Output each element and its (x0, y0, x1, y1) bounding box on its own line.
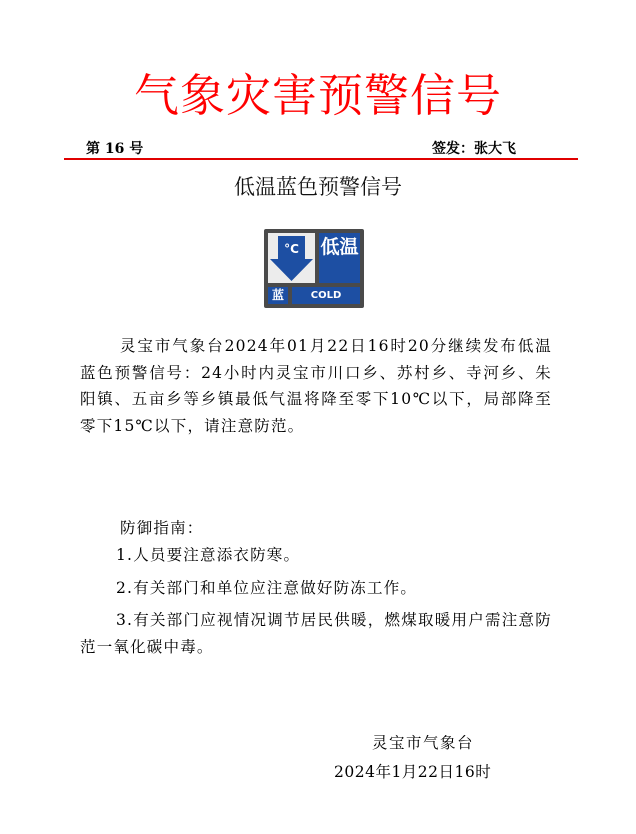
meta-row: 第 16 号 签发：张大飞 (86, 140, 516, 158)
guidance-item: 1.人员要注意添衣防寒。 (80, 542, 552, 569)
issuing-org: 灵宝市气象台 (372, 731, 474, 753)
temperature-down-arrow-icon: °C (268, 233, 315, 283)
red-divider (64, 158, 578, 160)
guidance-item: 2.有关部门和单位应注意做好防冻工作。 (80, 575, 552, 602)
warning-level-label: 蓝 (268, 287, 288, 304)
issue-date: 2024年1月22日16时 (334, 760, 491, 782)
document-title: 气象灾害预警信号 (0, 66, 636, 126)
signal-title: 低温蓝色预警信号 (0, 172, 636, 202)
guidance-label: 防御指南： (120, 516, 204, 538)
warning-type-label: 低温 (319, 233, 360, 283)
warning-paragraph: 灵宝市气象台2024年01月22日16时20分继续发布低温蓝色预警信号：24小时… (80, 333, 552, 439)
guidance-item: 3.有关部门应视情况调节居民供暖，燃煤取暖用户需注意防范一氧化碳中毒。 (80, 607, 552, 660)
cold-wave-blue-warning-icon: °C 低温 蓝 COLD (264, 229, 364, 308)
svg-text:°C: °C (284, 242, 299, 256)
warning-english-label: COLD (292, 287, 360, 304)
issue-number: 第 16 号 (86, 140, 143, 158)
signer: 签发：张大飞 (432, 140, 516, 158)
